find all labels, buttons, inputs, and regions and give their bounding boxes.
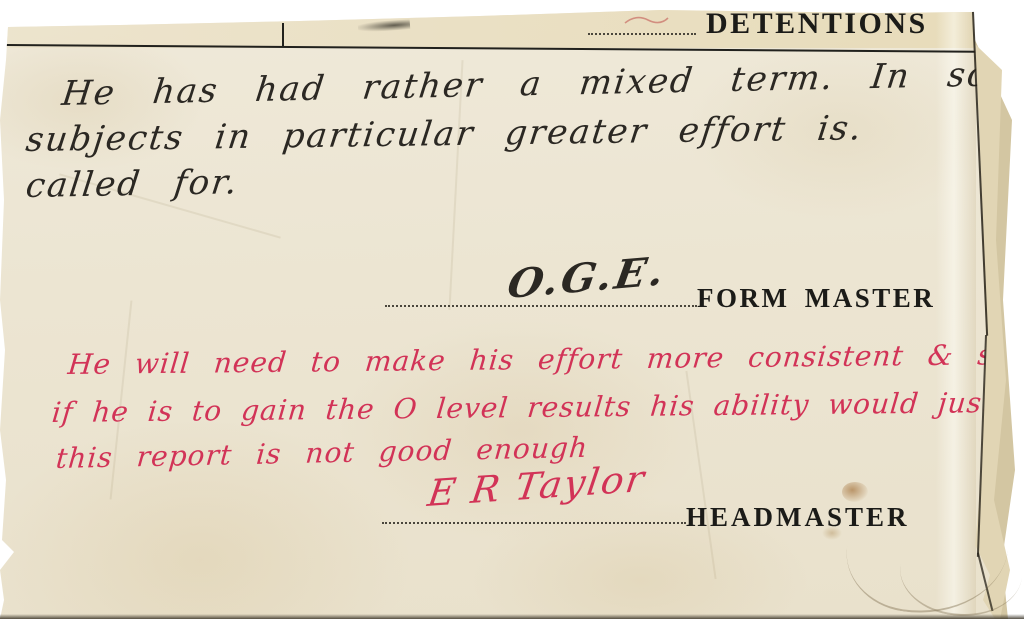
brown-stain	[842, 482, 868, 502]
form-master-label: FORM MASTER	[697, 285, 935, 312]
headmaster-signature: E R Taylor	[425, 459, 648, 515]
brown-stain-faint	[822, 526, 842, 540]
form-master-signature: O.G.E.	[504, 250, 669, 307]
form-master-comment-line: called for.	[24, 164, 241, 205]
printed-column-tick	[282, 23, 284, 47]
scan-bottom-edge	[0, 614, 1024, 619]
form-master-signature-line	[385, 305, 697, 307]
headmaster-signature-line	[382, 522, 686, 524]
headmaster-comment-line: if he is to gain the O level results his…	[51, 387, 1024, 428]
form-master-comment-line: subjects in particular greater effort is…	[24, 110, 865, 159]
red-scribble-mark	[624, 13, 670, 27]
detentions-label: DETENTIONS	[706, 9, 928, 39]
headmaster-comment-line: He will need to make his effort more con…	[67, 339, 1024, 381]
form-master-comment-line: He has had rather a mixed term. In some	[60, 55, 1024, 113]
detentions-dotted-line	[588, 33, 696, 35]
